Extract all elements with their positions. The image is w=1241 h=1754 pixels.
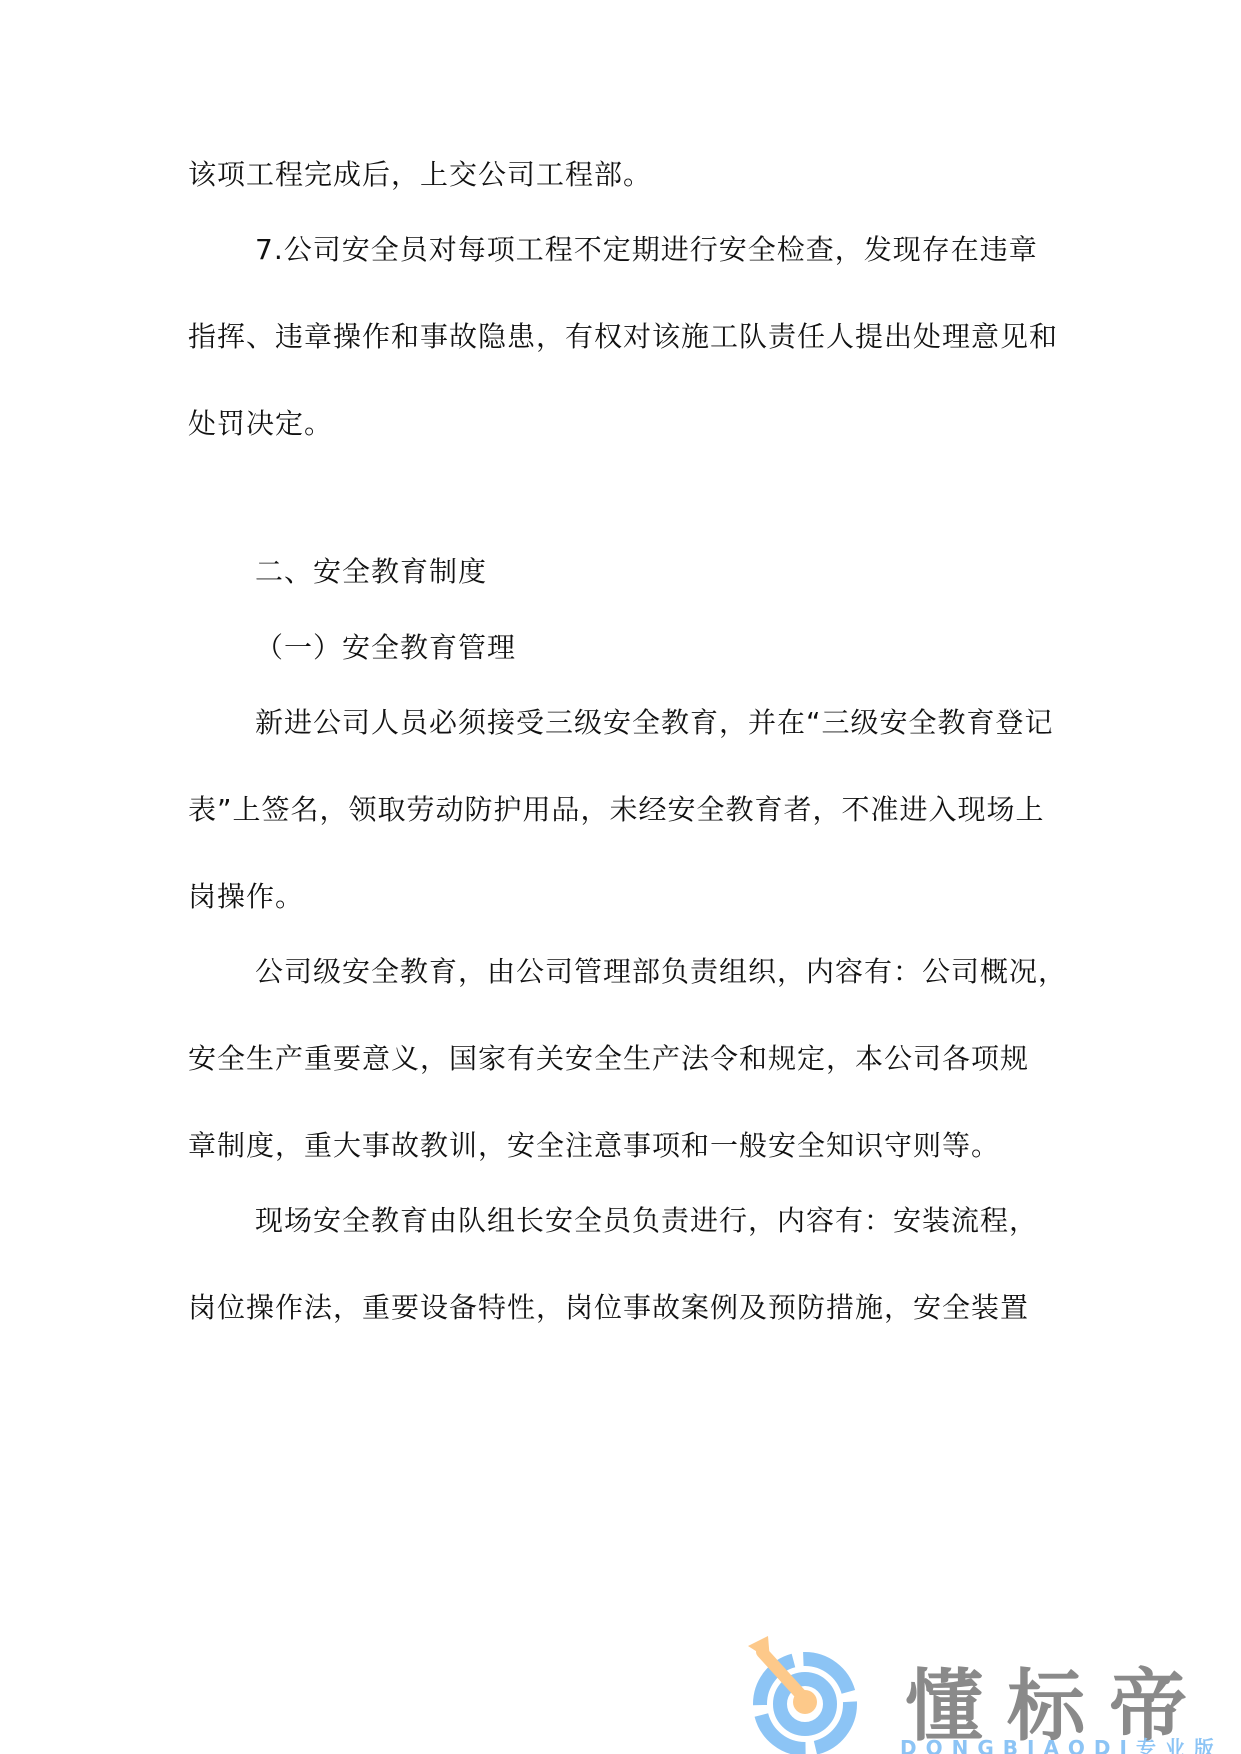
paragraph-line: 处罚决定。 <box>188 404 333 444</box>
paragraph-line: 指挥、违章操作和事故隐患，有权对该施工队责任人提出处理意见和 <box>188 317 1058 357</box>
paragraph-line: 该项工程完成后，上交公司工程部。 <box>188 155 652 195</box>
section-heading: 二、安全教育制度 <box>255 552 487 592</box>
paragraph-line: 安全生产重要意义，国家有关安全生产法令和规定，本公司各项规 <box>188 1039 1029 1079</box>
paragraph-line: 新进公司人员必须接受三级安全教育，并在“三级安全教育登记 <box>255 703 1054 743</box>
subsection-heading: （一）安全教育管理 <box>255 628 516 668</box>
paragraph-line: 章制度，重大事故教训，安全注意事项和一般安全知识守则等。 <box>188 1126 1000 1166</box>
paragraph-line: 公司级安全教育，由公司管理部负责组织，内容有：公司概况， <box>255 952 1067 992</box>
watermark-logo: 懂标帝 DONGBIAODI专业版 <box>740 1624 1241 1754</box>
paragraph-line: 岗位操作法，重要设备特性，岗位事故案例及预防措施，安全装置 <box>188 1288 1029 1328</box>
paragraph-line: 现场安全教育由队组长安全员负责进行，内容有：安装流程， <box>255 1201 1038 1241</box>
paragraph-line: 岗操作。 <box>188 877 304 917</box>
paragraph-line: 7.公司安全员对每项工程不定期进行安全检查，发现存在违章 <box>255 230 1038 270</box>
paragraph-line: 表”上签名，领取劳动防护用品，未经安全教育者，不准进入现场上 <box>188 790 1045 830</box>
target-arrow-icon <box>740 1624 870 1754</box>
brand-subtitle: DONGBIAODI专业版 <box>900 1732 1223 1754</box>
